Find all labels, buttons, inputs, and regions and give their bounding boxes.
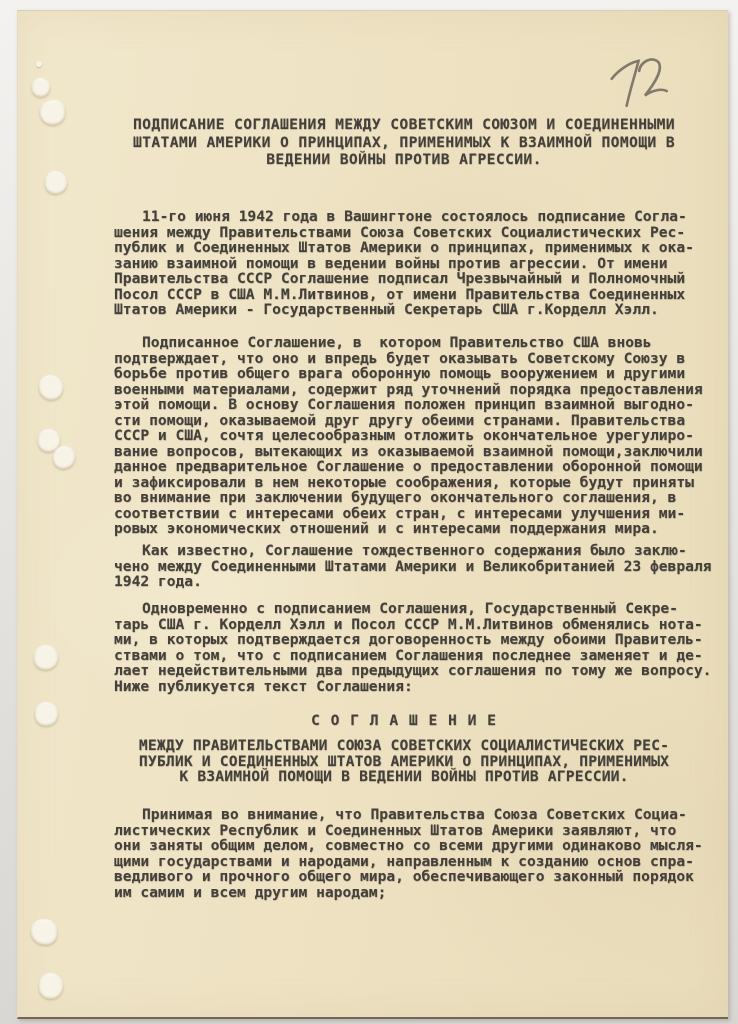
text-line: борьбе против общего врага оборонную пом…: [114, 366, 694, 382]
text-line: Подписанное Соглашение, в котором Правит…: [114, 335, 694, 351]
text-line: ПУБЛИК И СОЕДИНЕННЫХ ШТАТОВ АМЕРИКИ О ПР…: [114, 754, 694, 770]
text-line: ровых экономических отношений и с интере…: [114, 521, 694, 537]
text-line: ПОДПИСАНИЕ СОГЛАШЕНИЯ МЕЖДУ СОВЕТСКИМ СО…: [114, 116, 694, 134]
text-line: 11-го июня 1942 года в Вашингтоне состоя…: [114, 209, 694, 225]
paragraph-agreement-preamble: Принимая во внимание, что Правительства …: [114, 807, 694, 900]
punch-hole: [34, 646, 58, 670]
text-line: чено между Соединенными Штатами Америки …: [114, 559, 694, 575]
text-line: К ВЗАИМНОЙ ПОМОЩИ В ВЕДЕНИИ ВОЙНЫ ПРОТИВ…: [114, 769, 694, 785]
text-line: МЕЖДУ ПРАВИТЕЛЬСТВАМИ СОЮЗА СОВЕТСКИХ СО…: [114, 738, 694, 754]
agreement-heading: С О Г Л А Ш Е Н И Е: [114, 713, 694, 729]
text-line: подтверждает, что оно и впредь будет ока…: [114, 351, 694, 367]
paragraph-signing-summary: 11-го июня 1942 года в Вашингтоне состоя…: [114, 209, 694, 318]
text-line: ведливого и прочного общего мира, обеспе…: [114, 869, 694, 885]
paper-speck: [36, 61, 42, 67]
text-line: они заняты общим делом, совместно со все…: [114, 838, 694, 854]
text-line: во внимание при заключении будущего окон…: [114, 490, 694, 506]
text-line: им самим и всем другим народам;: [114, 885, 694, 901]
text-line: и зафиксировали в нем некоторые соображе…: [114, 475, 694, 491]
text-line: ми, в которых подтверждается договоренно…: [114, 632, 694, 648]
text-line: данное предварительное Соглашение о пред…: [114, 459, 694, 475]
text-line: этой помощи. В основу Соглашения положен…: [114, 397, 694, 413]
paragraph-notes-exchange: Одновременно с подписанием Соглашения, Г…: [114, 601, 694, 694]
text-line: Как известно, Соглашение тождественного …: [114, 543, 694, 559]
punch-hole: [45, 172, 67, 194]
punch-hole: [32, 79, 50, 97]
scanned-document: ПОДПИСАНИЕ СОГЛАШЕНИЯ МЕЖДУ СОВЕТСКИМ СО…: [0, 0, 738, 1024]
text-line: ствами о том, что с подписанием Соглашен…: [114, 648, 694, 664]
paragraph-agreement-content: Подписанное Соглашение, в котором Правит…: [114, 335, 694, 537]
text-line: СССР и США, сочтя целесообразным отложит…: [114, 428, 694, 444]
text-line: Штатов Америки - Государственный Секрета…: [114, 302, 694, 318]
punch-hole: [35, 703, 58, 726]
text-line: тарь США г. Корделл Хэлл и Посол СССР М.…: [114, 617, 694, 633]
text-line: соответствии с интересами обеих стран, с…: [114, 506, 694, 522]
paragraph-uk-agreement-note: Как известно, Соглашение тождественного …: [114, 543, 694, 590]
text-line: щими государствами и народами, направлен…: [114, 854, 694, 870]
punch-hole: [53, 447, 75, 469]
punch-hole: [39, 376, 63, 400]
text-line: публик и Соединенных Штатов Америки о пр…: [114, 240, 694, 256]
text-line: Ниже публикуется текст Соглашения:: [114, 679, 694, 695]
text-line: ВЕДЕНИИ ВОЙНЫ ПРОТИВ АГРЕССИИ.: [114, 151, 694, 169]
text-line: Одновременно с подписанием Соглашения, Г…: [114, 601, 694, 617]
text-line: ШТАТАМИ АМЕРИКИ О ПРИНЦИПАХ, ПРИМЕНИМЫХ …: [114, 134, 694, 152]
paper-sheet: ПОДПИСАНИЕ СОГЛАШЕНИЯ МЕЖДУ СОВЕТСКИМ СО…: [17, 10, 728, 1019]
pencil-numeral-72-icon: [587, 40, 688, 125]
text-line: шения между Правительствами Союза Советс…: [114, 225, 694, 241]
text-line: Правительства СССР Соглашение подписал Ч…: [114, 271, 694, 287]
punch-hole: [40, 101, 65, 125]
text-line: вание вопросов, вытекающих из оказываемо…: [114, 444, 694, 460]
text-line: лает недействительными два предыдущих со…: [114, 663, 694, 679]
text-line: листических Республик и Соединенных Штат…: [114, 823, 694, 839]
punch-hole: [39, 974, 63, 999]
document-headline: ПОДПИСАНИЕ СОГЛАШЕНИЯ МЕЖДУ СОВЕТСКИМ СО…: [114, 116, 694, 169]
text-line: сти помощи, оказываемой друг другу обеим…: [114, 413, 694, 429]
handwritten-page-number: [587, 40, 688, 125]
agreement-subtitle: МЕЖДУ ПРАВИТЕЛЬСТВАМИ СОЮЗА СОВЕТСКИХ СО…: [114, 738, 694, 785]
text-line: 1942 года.: [114, 574, 694, 590]
punch-hole: [31, 920, 57, 945]
text-line: военными материалами, содержит ряд уточн…: [114, 382, 694, 398]
text-line: Посол СССР в США М.М.Литвинов, от имени …: [114, 287, 694, 303]
text-line: Принимая во внимание, что Правительства …: [114, 807, 694, 823]
text-line: занию взаимной помощи в ведении войны пр…: [114, 256, 694, 272]
